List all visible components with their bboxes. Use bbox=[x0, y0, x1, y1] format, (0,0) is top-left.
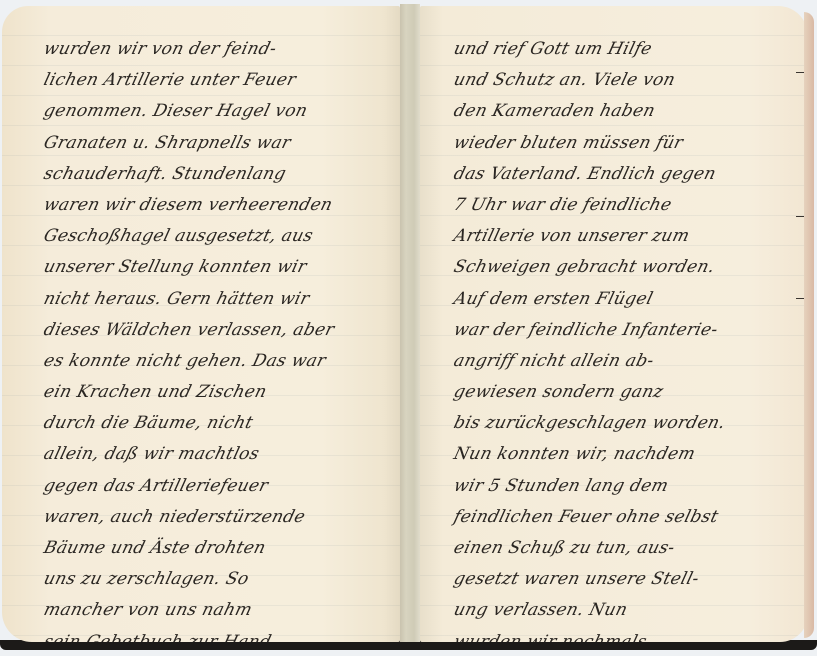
photo-background: wurden wir von der feind- lichen Artille… bbox=[0, 0, 817, 656]
handwritten-line: uns zu zerschlagen. So bbox=[2, 564, 400, 595]
handwritten-line: gesetzt waren unsere Stell- bbox=[420, 564, 808, 595]
handwritten-line: Geschoßhagel ausgesetzt, aus bbox=[2, 221, 400, 252]
handwritten-line: Nun konnten wir, nachdem bbox=[420, 439, 808, 470]
handwritten-line: waren wir diesem verheerenden bbox=[2, 190, 400, 221]
notebook-spine bbox=[400, 4, 420, 642]
handwritten-line: wurden wir nochmals bbox=[420, 627, 808, 642]
handwritten-line: den Kameraden haben bbox=[420, 96, 808, 127]
handwritten-line: feindlichen Feuer ohne selbst bbox=[420, 502, 808, 533]
handwritten-line: und Schutz an. Viele von bbox=[420, 65, 808, 96]
handwritten-line: Schweigen gebracht worden. bbox=[420, 252, 808, 283]
handwritten-line: war der feindliche Infanterie- bbox=[420, 315, 808, 346]
handwritten-line: Auf dem ersten Flügel bbox=[420, 284, 808, 315]
handwritten-line: nicht heraus. Gern hätten wir bbox=[2, 284, 400, 315]
page-block-edge bbox=[804, 12, 814, 638]
handwritten-line: gegen das Artilleriefeuer bbox=[2, 471, 400, 502]
handwritten-line: schauderhaft. Stundenlang bbox=[2, 159, 400, 190]
handwritten-line: dieses Wäldchen verlassen, aber bbox=[2, 315, 400, 346]
handwritten-line: allein, daß wir machtlos bbox=[2, 439, 400, 470]
handwritten-line: einen Schuß zu tun, aus- bbox=[420, 533, 808, 564]
right-page-handwriting: und rief Gott um Hilfe und Schutz an. Vi… bbox=[420, 34, 808, 642]
handwritten-line: wieder bluten müssen für bbox=[420, 128, 808, 159]
handwritten-line: es konnte nicht gehen. Das war bbox=[2, 346, 400, 377]
handwritten-line: bis zurückgeschlagen worden. bbox=[420, 408, 808, 439]
left-page-handwriting: wurden wir von der feind- lichen Artille… bbox=[2, 34, 400, 642]
handwritten-line: genommen. Dieser Hagel von bbox=[2, 96, 400, 127]
handwritten-line: Bäume und Äste drohten bbox=[2, 533, 400, 564]
handwritten-line: sein Gebetbuch zur Hand bbox=[2, 627, 400, 642]
handwritten-line: ung verlassen. Nun bbox=[420, 595, 808, 626]
handwritten-line: ein Krachen und Zischen bbox=[2, 377, 400, 408]
handwritten-line: das Vaterland. Endlich gegen bbox=[420, 159, 808, 190]
handwritten-line: lichen Artillerie unter Feuer bbox=[2, 65, 400, 96]
handwritten-line: 7 Uhr war die feindliche bbox=[420, 190, 808, 221]
handwritten-line: wir 5 Stunden lang dem bbox=[420, 471, 808, 502]
handwritten-line: und rief Gott um Hilfe bbox=[420, 34, 808, 65]
handwritten-line: angriff nicht allein ab- bbox=[420, 346, 808, 377]
handwritten-line: wurden wir von der feind- bbox=[2, 34, 400, 65]
handwritten-line: Granaten u. Shrapnells war bbox=[2, 128, 400, 159]
handwritten-line: Artillerie von unserer zum bbox=[420, 221, 808, 252]
left-page: wurden wir von der feind- lichen Artille… bbox=[2, 6, 400, 642]
handwritten-line: gewiesen sondern ganz bbox=[420, 377, 808, 408]
handwritten-line: unserer Stellung konnten wir bbox=[2, 252, 400, 283]
handwritten-line: mancher von uns nahm bbox=[2, 595, 400, 626]
handwritten-line: waren, auch niederstürzende bbox=[2, 502, 400, 533]
handwritten-line: durch die Bäume, nicht bbox=[2, 408, 400, 439]
right-page: und rief Gott um Hilfe und Schutz an. Vi… bbox=[420, 6, 808, 642]
